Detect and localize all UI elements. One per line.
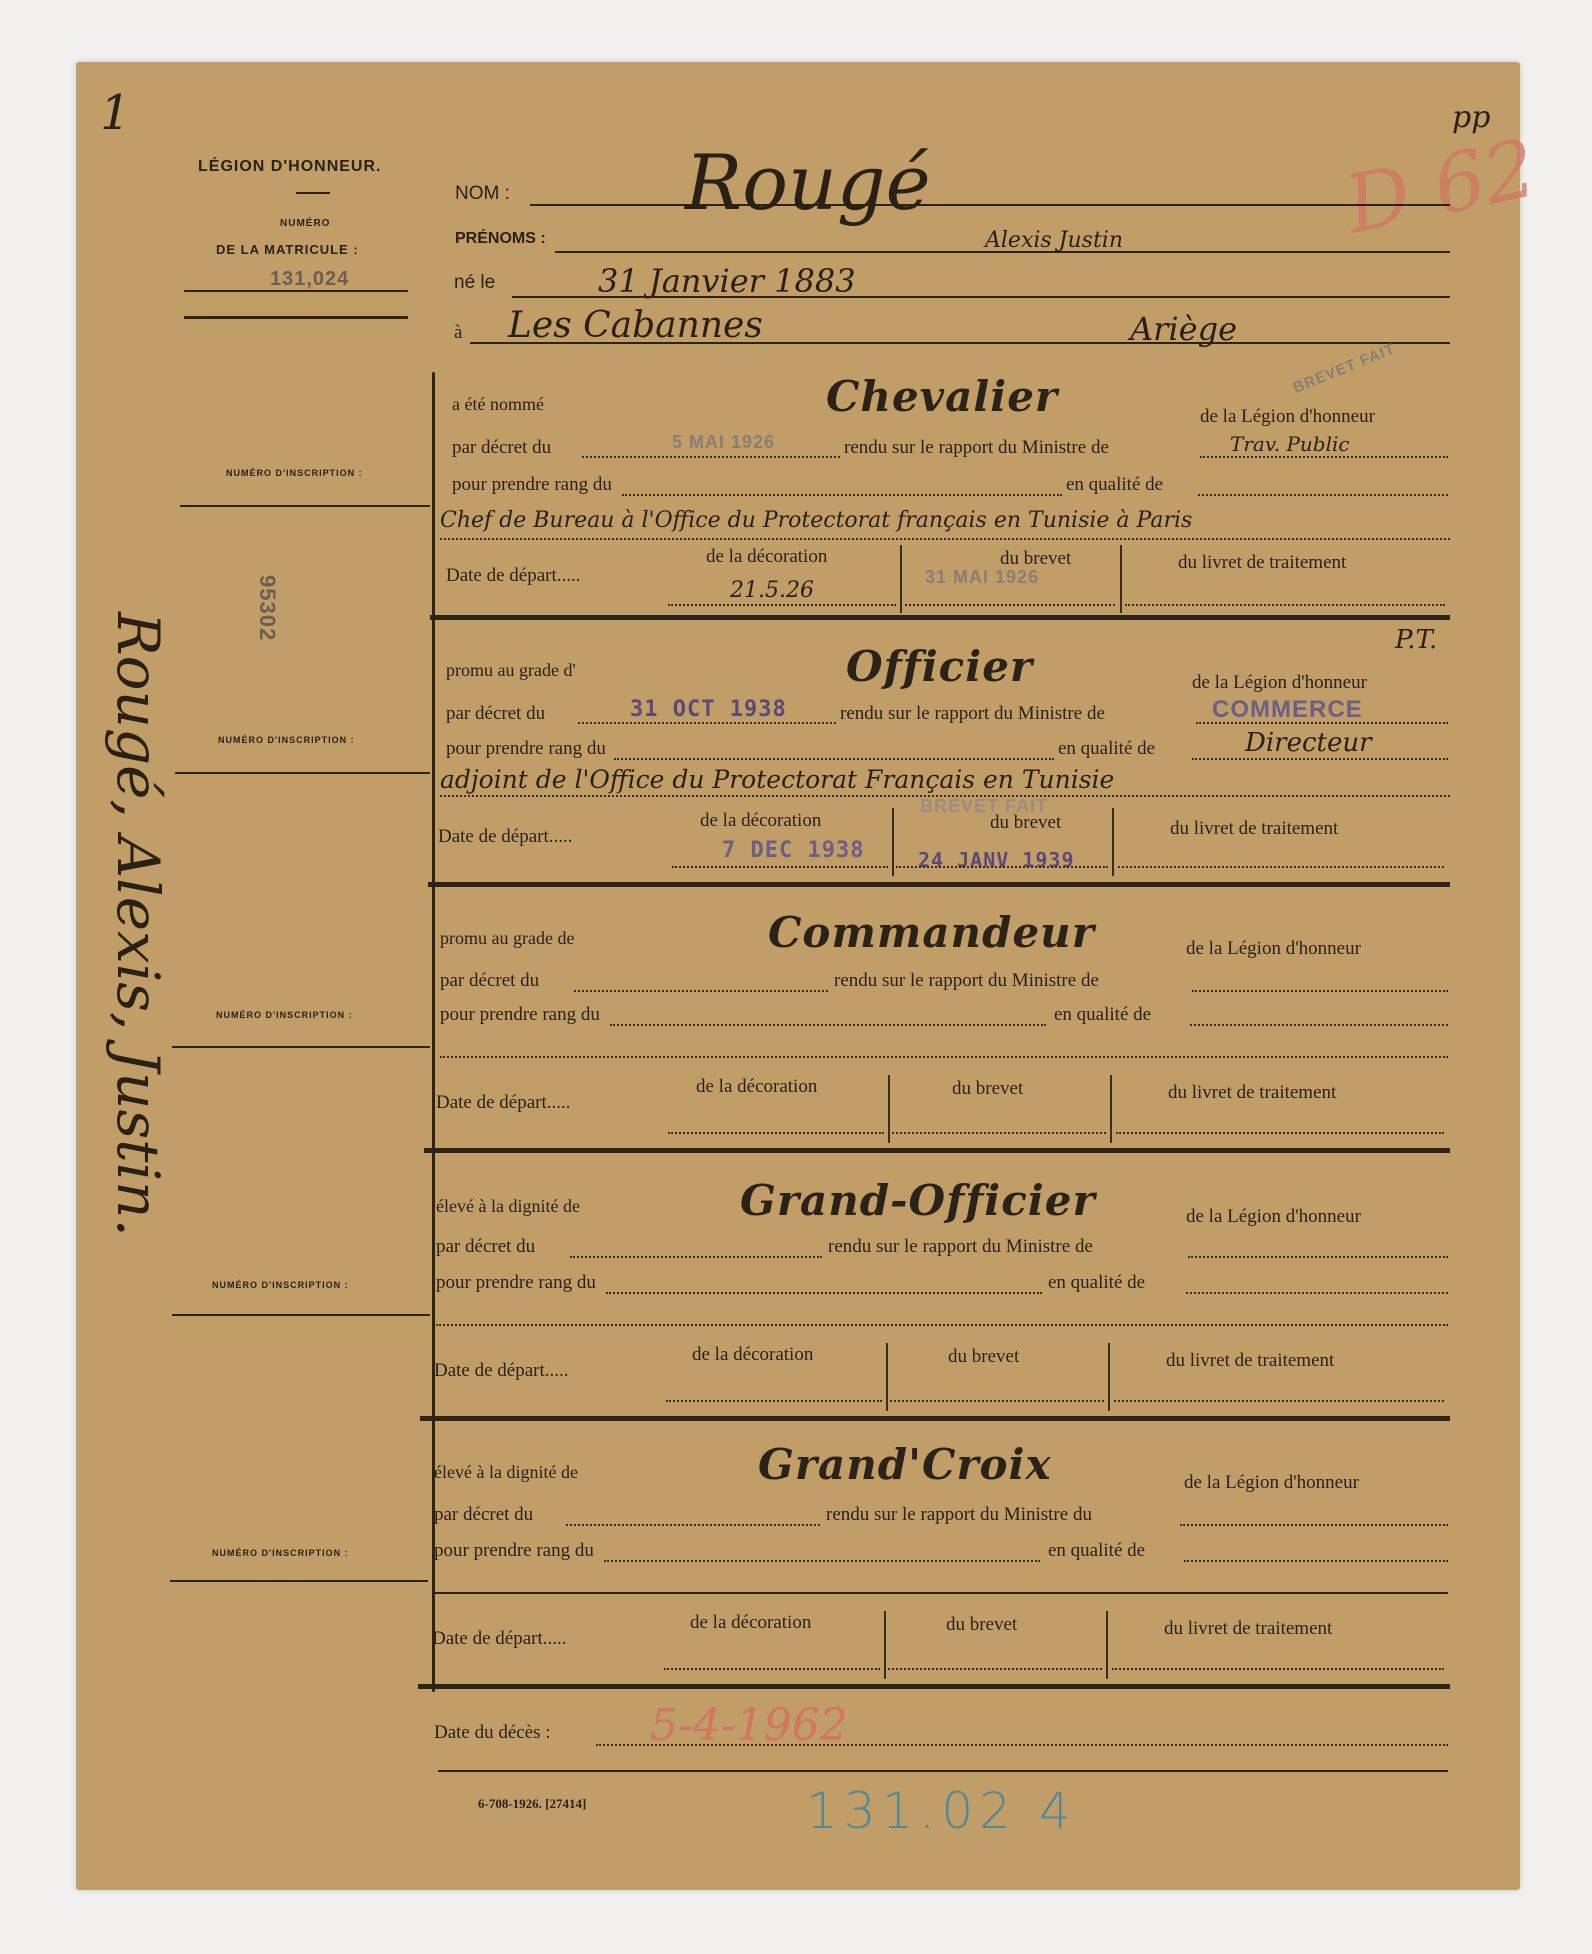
inscription-label-2: NUMÉRO D'INSCRIPTION : bbox=[218, 735, 355, 745]
qualite-label: en qualité de bbox=[1048, 1272, 1145, 1294]
brevet-line bbox=[896, 866, 1108, 868]
rang-label: pour prendre rang du bbox=[436, 1272, 596, 1294]
col-decoration: de la décoration bbox=[692, 1344, 813, 1366]
decret-value[interactable]: 31 OCT 1938 bbox=[630, 697, 787, 722]
livret-line bbox=[1114, 1400, 1444, 1402]
section-divider bbox=[430, 615, 1450, 620]
qualite-value-1[interactable]: Directeur bbox=[1245, 728, 1372, 758]
qualite-value[interactable]: adjoint de l'Office du Protectorat Franç… bbox=[440, 765, 1114, 794]
decret-value[interactable]: 5 MAI 1926 bbox=[672, 432, 775, 453]
qualite-line-2 bbox=[436, 1324, 1448, 1326]
depart-label: Date de départ..... bbox=[432, 1628, 567, 1650]
col-divider bbox=[1120, 545, 1122, 613]
prenoms-value[interactable]: Alexis Justin bbox=[985, 228, 1123, 253]
col-divider bbox=[1106, 1611, 1108, 1679]
ne-le-value[interactable]: 31 Janvier 1883 bbox=[598, 262, 856, 300]
qualite-line bbox=[1186, 1292, 1448, 1294]
rang-label: pour prendre rang du bbox=[446, 738, 606, 760]
grade-title: Officier bbox=[846, 642, 1033, 691]
col-livret: du livret de traitement bbox=[1178, 552, 1346, 574]
decoration-line bbox=[666, 1400, 882, 1402]
col-divider bbox=[1108, 1343, 1110, 1411]
matricule-label-1: NUMÉRO bbox=[280, 218, 330, 229]
col-decoration: de la décoration bbox=[696, 1076, 817, 1098]
rang-line bbox=[610, 1024, 1046, 1026]
inscription-label-3: NUMÉRO D'INSCRIPTION : bbox=[216, 1010, 353, 1020]
col-divider bbox=[886, 1343, 888, 1411]
qualite-label: en qualité de bbox=[1054, 1004, 1151, 1026]
decoration-line bbox=[664, 1668, 880, 1670]
blue-pencil-number: 131.02 4 bbox=[806, 1782, 1077, 1840]
matricule-underline bbox=[184, 290, 408, 292]
legion-title: LÉGION D'HONNEUR. bbox=[198, 158, 381, 176]
livret-line bbox=[1116, 1132, 1444, 1134]
section-divider bbox=[424, 1148, 1450, 1153]
inscription-line-3 bbox=[172, 1046, 430, 1048]
rang-label: pour prendre rang du bbox=[440, 1004, 600, 1026]
decoration-line bbox=[668, 1132, 884, 1134]
decret-label: par décret du bbox=[452, 437, 551, 459]
col-divider bbox=[1112, 808, 1114, 876]
col-livret: du livret de traitement bbox=[1166, 1350, 1334, 1372]
livret-line bbox=[1112, 1668, 1444, 1670]
qualite-line-2 bbox=[440, 1056, 1448, 1058]
decoration-value[interactable]: 7 DEC 1938 bbox=[722, 838, 864, 863]
rapport-label: rendu sur le rapport du Ministre de bbox=[828, 1236, 1093, 1258]
margin-mark: P.T. bbox=[1395, 625, 1437, 655]
ministre-line bbox=[1180, 1524, 1448, 1526]
main-brace bbox=[432, 372, 435, 1692]
decoration-value[interactable]: 21.5.26 bbox=[730, 578, 814, 603]
decret-label: par décret du bbox=[436, 1236, 535, 1258]
rapport-label: rendu sur le rapport du Ministre du bbox=[826, 1504, 1092, 1526]
print-reference: 6-708-1926. [27414] bbox=[478, 1796, 586, 1812]
intro: élevé à la dignité de bbox=[434, 1462, 578, 1483]
section-divider bbox=[418, 1684, 1450, 1689]
intro: élevé à la dignité de bbox=[436, 1196, 580, 1217]
nom-value[interactable]: Rougé bbox=[685, 138, 931, 227]
qualite-line bbox=[1192, 758, 1448, 760]
ministre-value[interactable]: Trav. Public bbox=[1230, 432, 1350, 456]
inscription-line-5 bbox=[170, 1580, 428, 1582]
col-divider bbox=[892, 808, 894, 876]
qualite-line-2 bbox=[434, 1592, 1448, 1594]
suffix: de la Légion d'honneur bbox=[1184, 1472, 1359, 1494]
qualite-label: en qualité de bbox=[1066, 474, 1163, 496]
matricule-ornament bbox=[184, 316, 408, 319]
brevet-line bbox=[890, 1400, 1104, 1402]
departement-value[interactable]: Ariège bbox=[1130, 310, 1237, 348]
ne-le-label: né le bbox=[454, 272, 495, 294]
suffix: de la Légion d'honneur bbox=[1186, 938, 1361, 960]
inscription-label-1: NUMÉRO D'INSCRIPTION : bbox=[226, 468, 363, 478]
inscription-line-1 bbox=[180, 505, 430, 507]
decret-label: par décret du bbox=[446, 703, 545, 725]
col-brevet: du brevet bbox=[948, 1346, 1019, 1368]
grade-title: Chevalier bbox=[826, 372, 1058, 421]
rapport-label: rendu sur le rapport du Ministre de bbox=[840, 703, 1105, 725]
depart-label: Date de départ..... bbox=[446, 565, 581, 587]
rang-line bbox=[622, 494, 1062, 496]
qualite-line bbox=[1198, 494, 1448, 496]
deces-value[interactable]: 5-4-1962 bbox=[650, 1700, 848, 1751]
grade-title: Grand-Officier bbox=[740, 1176, 1096, 1225]
col-brevet: du brevet bbox=[952, 1078, 1023, 1100]
footer-rule bbox=[438, 1770, 1448, 1772]
a-label: à bbox=[454, 322, 462, 344]
qualite-line-2 bbox=[440, 538, 1450, 540]
ministre-line bbox=[1200, 456, 1448, 458]
decret-line bbox=[566, 1524, 820, 1526]
depart-label: Date de départ..... bbox=[434, 1360, 569, 1382]
qualite-line bbox=[1190, 1024, 1448, 1026]
decret-line bbox=[574, 990, 828, 992]
livret-line bbox=[1125, 604, 1445, 606]
suffix: de la Légion d'honneur bbox=[1200, 406, 1375, 428]
matricule-value: 131,024 bbox=[270, 268, 349, 291]
rang-line bbox=[614, 758, 1054, 760]
deces-label: Date du décès : bbox=[434, 1722, 551, 1744]
rapport-label: rendu sur le rapport du Ministre de bbox=[844, 437, 1109, 459]
livret-line bbox=[1118, 866, 1444, 868]
grade-title: Grand'Croix bbox=[758, 1440, 1052, 1489]
decret-line bbox=[578, 722, 836, 724]
decret-line bbox=[570, 1256, 822, 1258]
decoration-line bbox=[668, 604, 896, 606]
suffix: de la Légion d'honneur bbox=[1186, 1206, 1361, 1228]
nom-label: NOM : bbox=[455, 183, 510, 205]
title-divider bbox=[296, 192, 330, 194]
brevet-line bbox=[892, 1132, 1106, 1134]
ministre-value[interactable]: COMMERCE bbox=[1212, 696, 1363, 724]
qualite-line bbox=[1184, 1560, 1448, 1562]
col-decoration: de la décoration bbox=[690, 1612, 811, 1634]
depart-label: Date de départ..... bbox=[438, 826, 573, 848]
intro: a été nommé bbox=[452, 394, 544, 415]
col-divider bbox=[900, 545, 902, 613]
grade-title: Commandeur bbox=[768, 908, 1095, 957]
brevet-value[interactable]: 24 JANV 1939 bbox=[918, 848, 1075, 872]
vertical-name: Rougé, Alexis, Justin. bbox=[104, 612, 172, 1237]
col-divider bbox=[888, 1075, 890, 1143]
ministre-line bbox=[1192, 990, 1448, 992]
lieu-value[interactable]: Les Cabannes bbox=[508, 305, 763, 346]
matricule-label-2: DE LA MATRICULE : bbox=[216, 242, 359, 257]
decoration-line bbox=[672, 866, 888, 868]
prenoms-label: PRÉNOMS : bbox=[455, 230, 546, 248]
inscription-label-4: NUMÉRO D'INSCRIPTION : bbox=[212, 1280, 349, 1290]
qualite-value[interactable]: Chef de Bureau à l'Office du Protectorat… bbox=[440, 508, 1192, 533]
col-brevet: du brevet bbox=[990, 812, 1061, 834]
qualite-label: en qualité de bbox=[1058, 738, 1155, 760]
nom-line bbox=[530, 204, 1450, 206]
decret-label: par décret du bbox=[434, 1504, 533, 1526]
rapport-label: rendu sur le rapport du Ministre de bbox=[834, 970, 1099, 992]
col-livret: du livret de traitement bbox=[1168, 1082, 1336, 1104]
inscription-line-2 bbox=[175, 772, 430, 774]
col-divider bbox=[1110, 1075, 1112, 1143]
suffix: de la Légion d'honneur bbox=[1192, 672, 1367, 694]
page-mark-top-left: 1 bbox=[100, 85, 131, 141]
section-divider bbox=[428, 882, 1450, 887]
col-decoration: de la décoration bbox=[700, 810, 821, 832]
rang-label: pour prendre rang du bbox=[434, 1540, 594, 1562]
rang-line bbox=[604, 1560, 1040, 1562]
qualite-label: en qualité de bbox=[1048, 1540, 1145, 1562]
brevet-line bbox=[888, 1668, 1102, 1670]
intro: promu au grade d' bbox=[446, 660, 576, 681]
col-decoration: de la décoration bbox=[706, 546, 827, 568]
decret-label: par décret du bbox=[440, 970, 539, 992]
col-brevet: du brevet bbox=[946, 1614, 1017, 1636]
col-livret: du livret de traitement bbox=[1164, 1618, 1332, 1640]
inscription-label-5: NUMÉRO D'INSCRIPTION : bbox=[212, 1548, 349, 1558]
inscription-line-4 bbox=[172, 1314, 430, 1316]
brevet-value[interactable]: 31 MAI 1926 bbox=[925, 567, 1039, 588]
section-divider bbox=[420, 1416, 1450, 1421]
stamped-inscription-number: 95302 bbox=[254, 575, 280, 641]
col-divider bbox=[884, 1611, 886, 1679]
col-livret: du livret de traitement bbox=[1170, 818, 1338, 840]
depart-label: Date de départ..... bbox=[436, 1092, 571, 1114]
ministre-line bbox=[1188, 1256, 1448, 1258]
brevet-line bbox=[905, 604, 1115, 606]
rang-line bbox=[606, 1292, 1042, 1294]
decret-line bbox=[582, 456, 840, 458]
intro: promu au grade de bbox=[440, 928, 574, 949]
rang-label: pour prendre rang du bbox=[452, 474, 612, 496]
